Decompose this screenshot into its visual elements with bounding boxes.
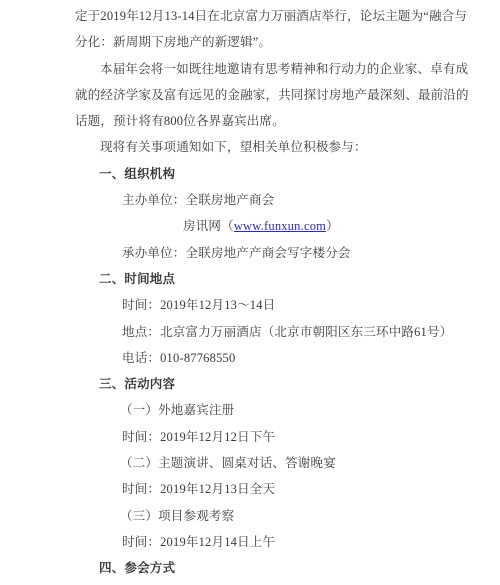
document-body: 定于2019年12月13-14日在北京富力万丽酒店举行，论坛主题为“融合与分化：…: [75, 3, 475, 582]
link-line-prefix: 房讯网（: [183, 219, 234, 233]
section-heading: 二、时间地点: [75, 266, 475, 292]
document-line: （二）主题演讲、圆桌对话、答谢晚宴: [75, 450, 475, 476]
document-line: 地点：北京富力万丽酒店（北京市朝阳区东三环中路61号）: [75, 319, 475, 345]
section-heading: 三、活动内容: [75, 371, 475, 397]
document-line: 时间：2019年12月12日下午: [75, 424, 475, 450]
document-line: 话题，预计将有800位各界嘉宾出席。: [75, 108, 475, 134]
document-line: 现将有关事项通知如下，望相关单位积极参与：: [75, 134, 475, 160]
section-heading: 一、组织机构: [75, 161, 475, 187]
link-line: 房讯网（www.funxun.com）: [75, 213, 475, 239]
document-line: （三）项目参观考察: [75, 503, 475, 529]
document-line: 就的经济学家及富有远见的金融家，共同探讨房地产最深刻、最前沿的: [75, 82, 475, 108]
document-line: 承办单位：全联房地产产商会写字楼分会: [75, 240, 475, 266]
document-line: 主办单位：全联房地产商会: [75, 187, 475, 213]
document-line: 时间：2019年12月13日全天: [75, 476, 475, 502]
document-line: 本届年会将一如既往地邀请有思考精神和行动力的企业家、卓有成: [75, 56, 475, 82]
document-line: 电话：010-87768550: [75, 345, 475, 371]
document-line: 时间：2019年12月13～14日: [75, 292, 475, 318]
link-line-suffix: ）: [326, 219, 339, 233]
notice-document-page: 定于2019年12月13-14日在北京富力万丽酒店举行，论坛主题为“融合与分化：…: [0, 0, 500, 585]
funxun-website-link[interactable]: www.funxun.com: [234, 219, 326, 233]
section-heading: 四、参会方式: [75, 555, 475, 581]
document-line: 时间：2019年12月14日上午: [75, 529, 475, 555]
document-line: 定于2019年12月13-14日在北京富力万丽酒店举行，论坛主题为“融合与: [75, 3, 475, 29]
document-line: 分化：新周期下房地产的新逻辑”。: [75, 29, 475, 55]
document-line: （一）外地嘉宾注册: [75, 397, 475, 423]
